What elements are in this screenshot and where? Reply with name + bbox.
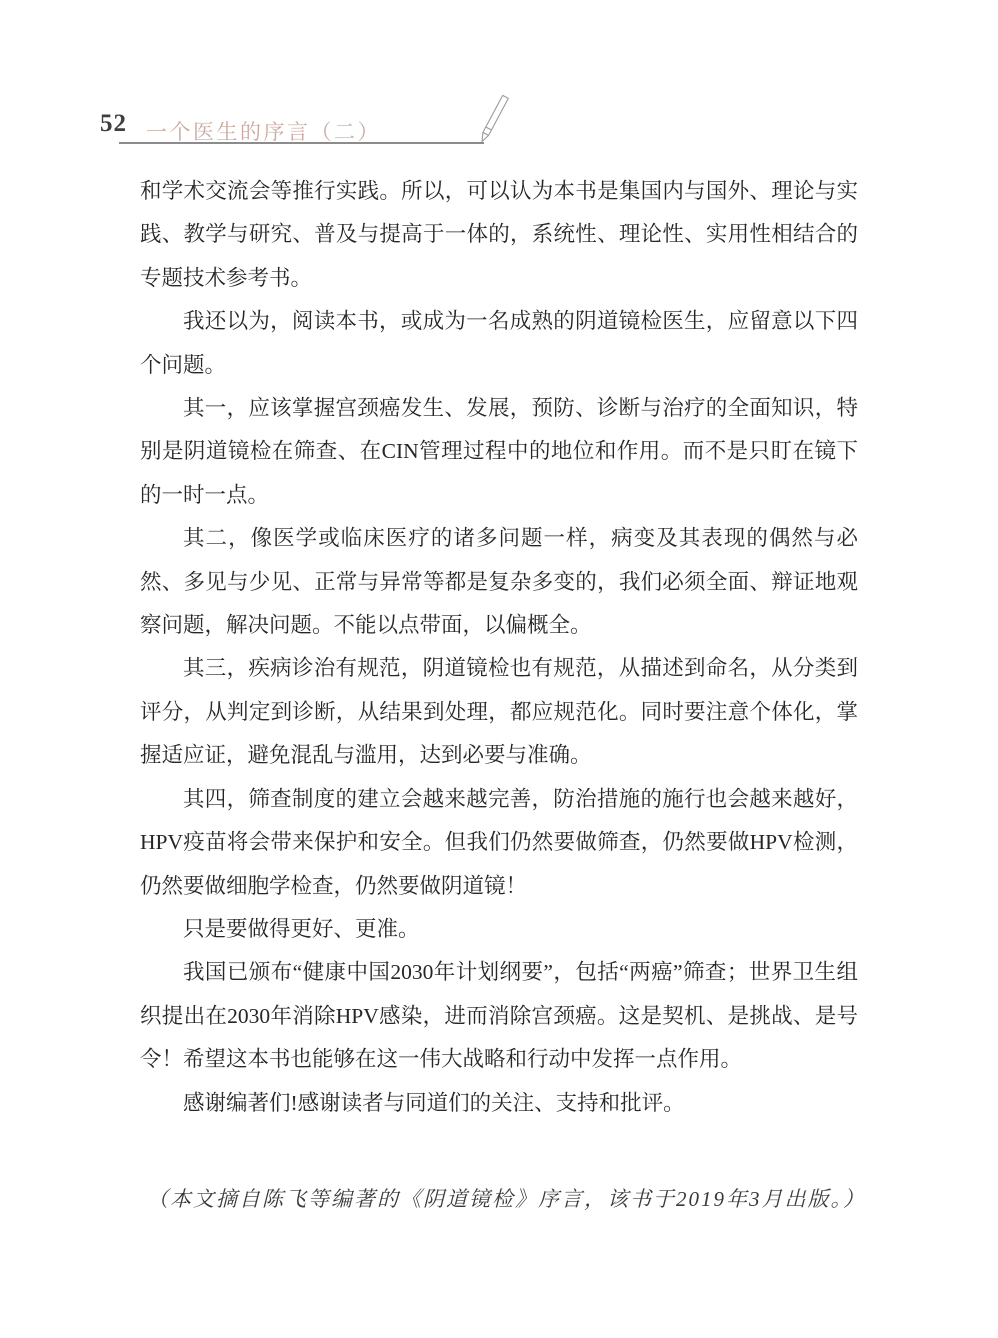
header-rule bbox=[119, 142, 484, 144]
page-number: 52 bbox=[100, 110, 127, 138]
footnote: （本文摘自陈飞等编著的《阴道镜检》序言，该书于2019年3月出版。） bbox=[147, 1183, 887, 1213]
body-text: 和学术交流会等推行实践。所以，可以认为本书是集国内与国外、理论与实践、教学与研究… bbox=[140, 170, 858, 1125]
body-paragraph: 其一，应该掌握宫颈癌发生、发展，预防、诊断与治疗的全面知识，特别是阴道镜检在筛查… bbox=[140, 387, 858, 517]
book-page: 52 一个医生的序言（二） 和学术交流会等推行实践。所以，可以认为本书是集国内与… bbox=[0, 0, 998, 1338]
body-paragraph: 其二，像医学或临床医疗的诸多问题一样，病变及其表现的偶然与必然、多见与少见、正常… bbox=[140, 517, 858, 647]
pen-icon bbox=[477, 84, 517, 148]
body-paragraph: 感谢编著们!感谢读者与同道们的关注、支持和批评。 bbox=[140, 1082, 858, 1125]
body-paragraph: 其三，疾病诊治有规范，阴道镜检也有规范，从描述到命名，从分类到评分，从判定到诊断… bbox=[140, 647, 858, 777]
body-paragraph: 我国已颁布“健康中国2030年计划纲要”，包括“两癌”筛查；世界卫生组织提出在2… bbox=[140, 951, 858, 1081]
body-paragraph: 和学术交流会等推行实践。所以，可以认为本书是集国内与国外、理论与实践、教学与研究… bbox=[140, 170, 858, 300]
body-paragraph: 我还以为，阅读本书，或成为一名成熟的阴道镜检医生，应留意以下四个问题。 bbox=[140, 300, 858, 387]
body-paragraph: 只是要做得更好、更准。 bbox=[140, 908, 858, 951]
body-paragraph: 其四，筛查制度的建立会越来越完善，防治措施的施行也会越来越好，HPV疫苗将会带来… bbox=[140, 778, 858, 908]
